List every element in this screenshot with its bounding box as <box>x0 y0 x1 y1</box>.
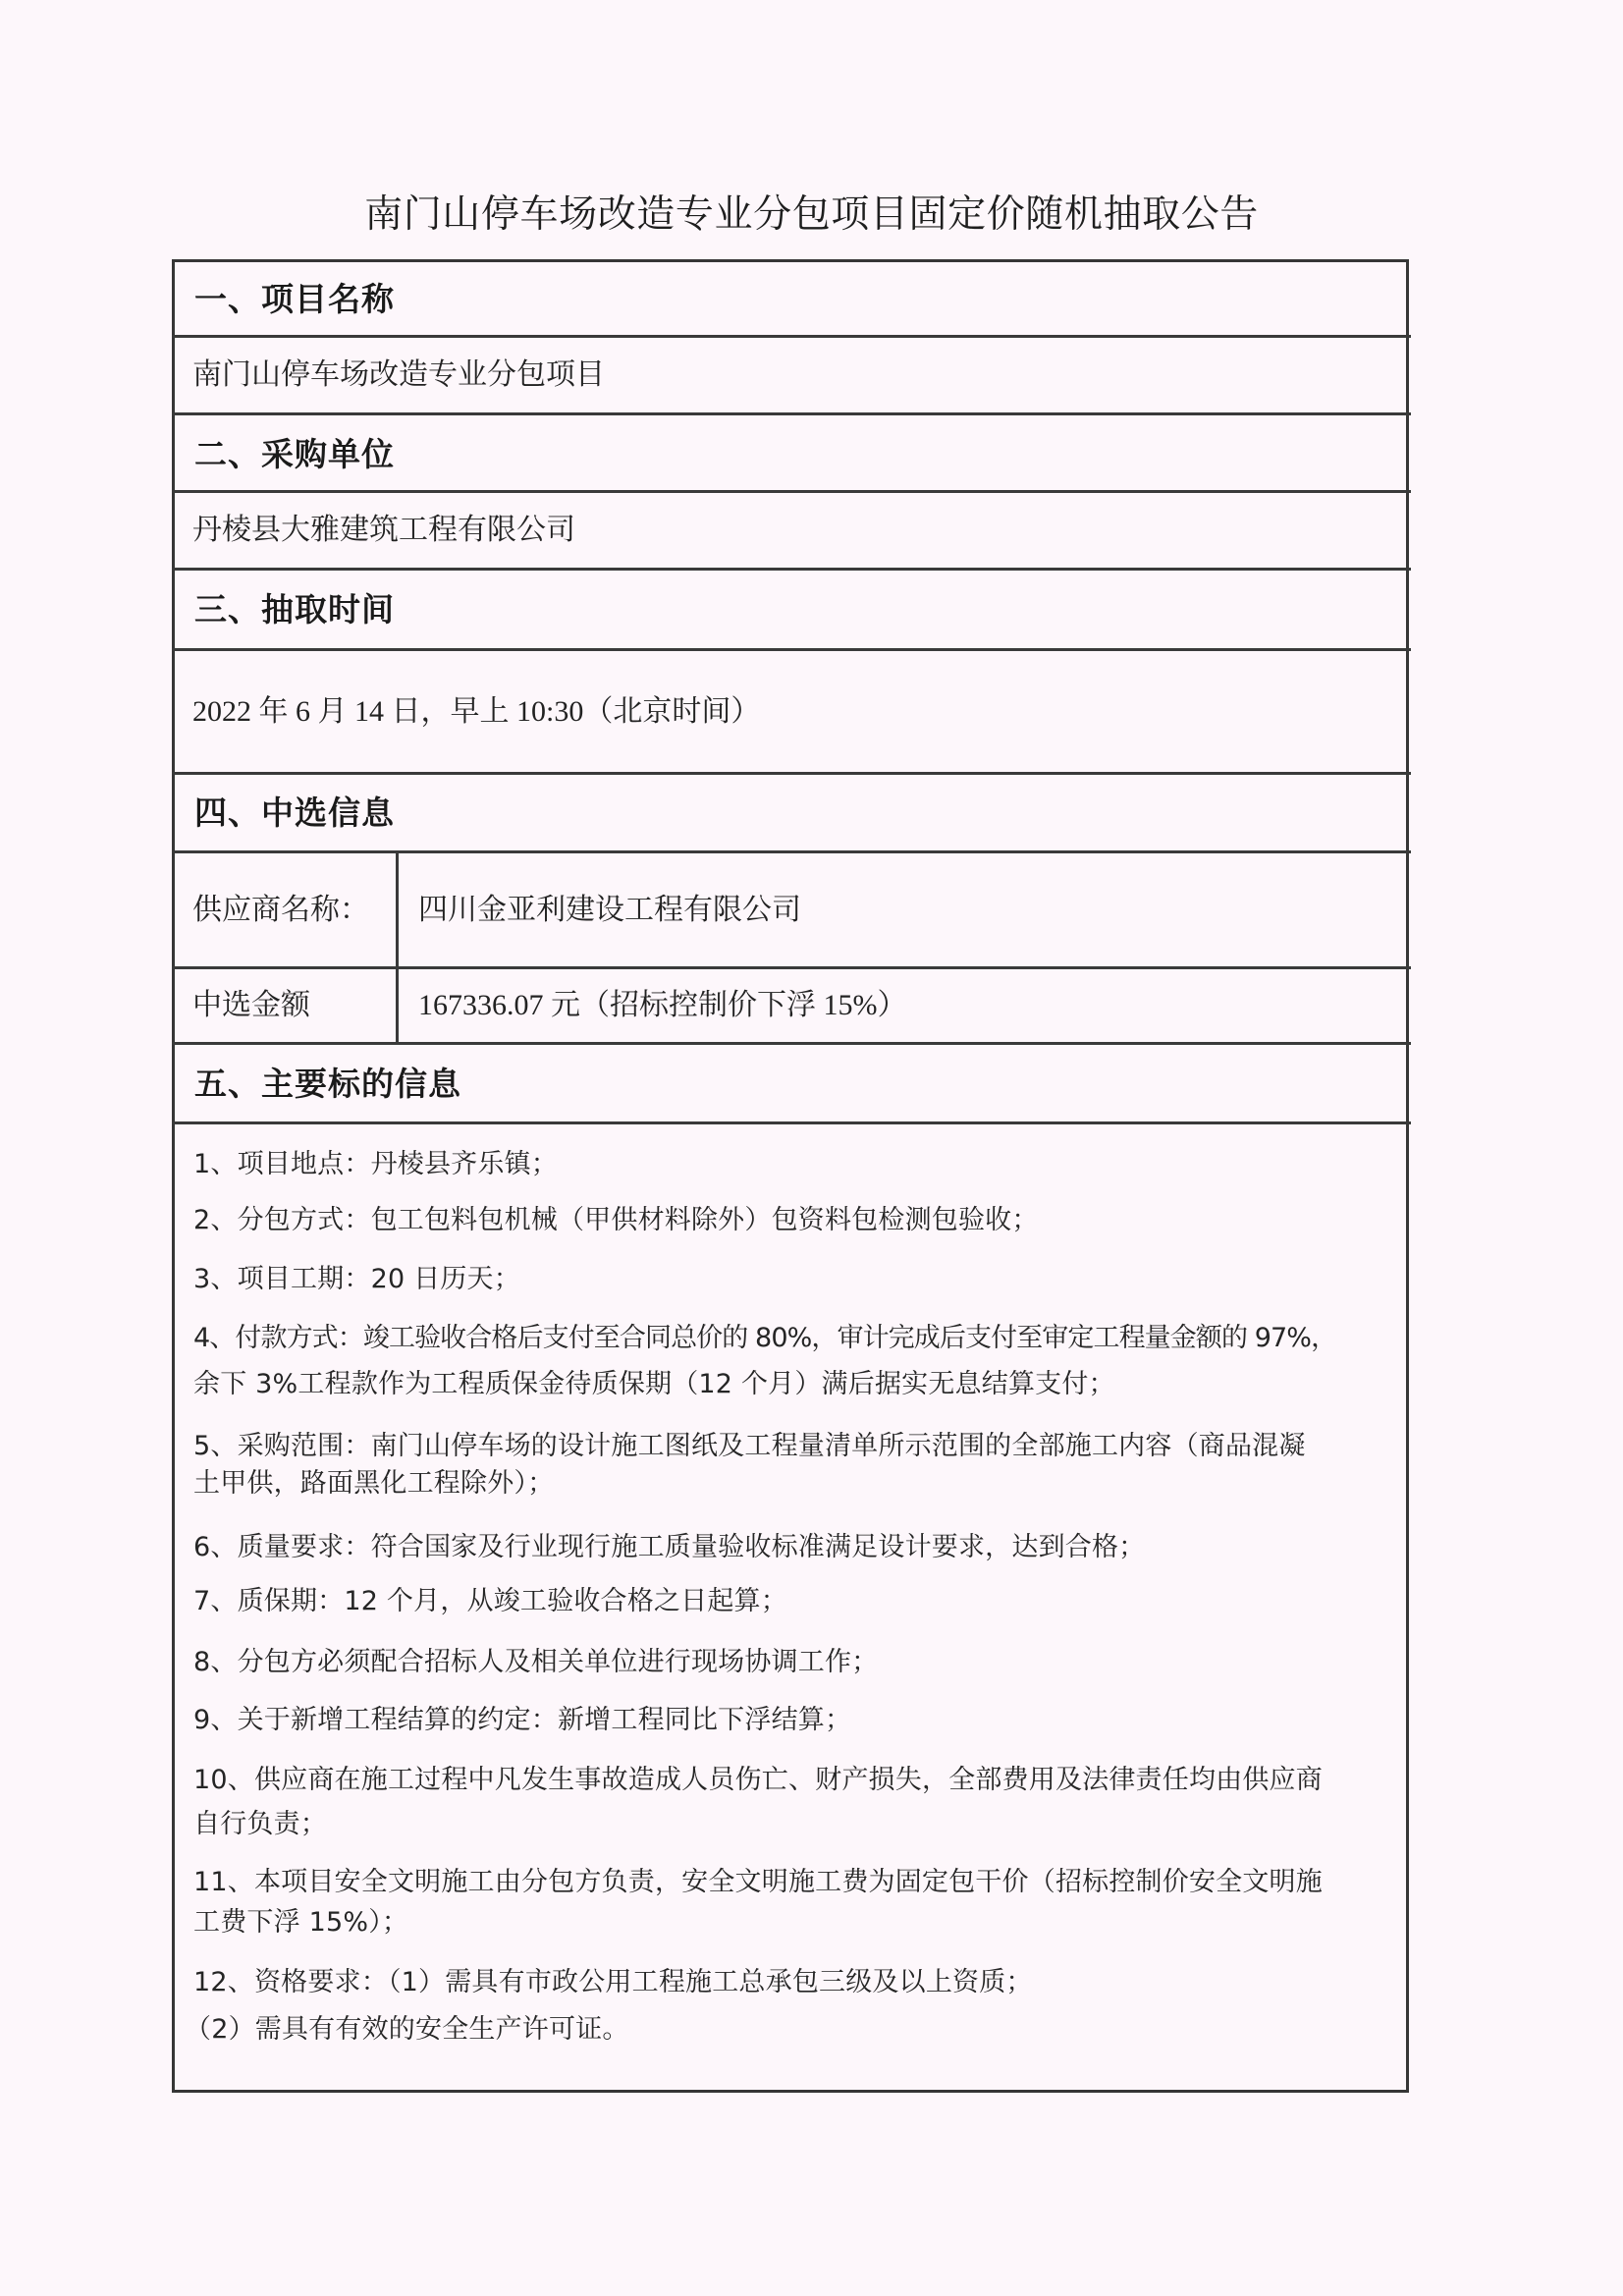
supplier-label: 供应商名称： <box>192 896 369 925</box>
purchaser-value: 丹棱县大雅建筑工程有限公司 <box>192 516 575 545</box>
info-line: 7、质保期：12 个月，从竣工验收合格之日起算； <box>193 1588 787 1614</box>
info-line: 4、付款方式：竣工验收合格后支付至合同总价的 80%，审计完成后支付至审定工程量… <box>193 1325 1336 1351</box>
info-line: 土甲供，路面黑化工程除外）； <box>193 1470 554 1497</box>
draw-time-value: 2022 年 6 月 14 日，早上 10:30（北京时间） <box>192 697 760 727</box>
row-divider <box>172 490 1411 493</box>
column-divider <box>396 850 399 1045</box>
row-divider <box>172 966 1411 969</box>
info-line: （2）需具有有效的安全生产许可证。 <box>185 2016 629 2043</box>
info-line: 11、本项目安全文明施工由分包方负责，安全文明施工费为固定包干价（招标控制价安全… <box>193 1869 1323 1895</box>
info-line: 自行负责； <box>193 1811 327 1837</box>
row-divider <box>172 772 1411 775</box>
info-line: 6、质量要求：符合国家及行业现行施工质量验收标准满足设计要求，达到合格； <box>193 1534 1145 1560</box>
row-divider <box>172 1121 1411 1124</box>
info-line: 5、采购范围：南门山停车场的设计施工图纸及工程量清单所示范围的全部施工内容（商品… <box>193 1433 1306 1459</box>
row-divider <box>172 1042 1411 1045</box>
section-heading-main-info: 五、主要标的信息 <box>194 1067 461 1100</box>
info-line: 工费下浮 15%）； <box>193 1909 408 1936</box>
section-heading-purchaser: 二、采购单位 <box>194 438 395 470</box>
info-line: 8、分包方必须配合招标人及相关单位进行现场协调工作； <box>193 1649 878 1675</box>
row-divider <box>172 850 1411 853</box>
section-heading-selection: 四、中选信息 <box>194 796 395 829</box>
document-title: 南门山停车场改造专业分包项目固定价随机抽取公告 <box>0 191 1623 240</box>
info-line: 12、资格要求：（1）需具有市政公用工程施工总承包三级及以上资质； <box>193 1969 1033 1995</box>
info-line: 9、关于新增工程结算的约定：新增工程同比下浮结算； <box>193 1707 851 1733</box>
info-line: 10、供应商在施工过程中凡发生事故造成人员伤亡、财产损失，全部费用及法律责任均由… <box>193 1767 1323 1793</box>
amount-label: 中选金额 <box>192 991 310 1020</box>
row-divider <box>172 412 1411 415</box>
row-divider <box>172 335 1411 338</box>
project-name-value: 南门山停车场改造专业分包项目 <box>192 360 605 390</box>
section-heading-project-name: 一、项目名称 <box>194 283 395 315</box>
row-divider <box>172 568 1411 571</box>
info-line: 1、项目地点：丹棱县齐乐镇； <box>193 1151 558 1177</box>
info-line: 2、分包方式：包工包料包机械（甲供材料除外）包资料包检测包验收； <box>193 1207 1039 1233</box>
info-line: 余下 3%工程款作为工程质保金待质保期（12 个月）满后据实无息结算支付； <box>193 1371 1115 1397</box>
info-line: 3、项目工期：20 日历天； <box>193 1266 520 1292</box>
row-divider <box>172 648 1411 651</box>
supplier-name-value: 四川金亚利建设工程有限公司 <box>418 896 801 925</box>
section-heading-draw-time: 三、抽取时间 <box>194 593 395 626</box>
amount-value: 167336.07 元（招标控制价下浮 15%） <box>418 991 907 1020</box>
